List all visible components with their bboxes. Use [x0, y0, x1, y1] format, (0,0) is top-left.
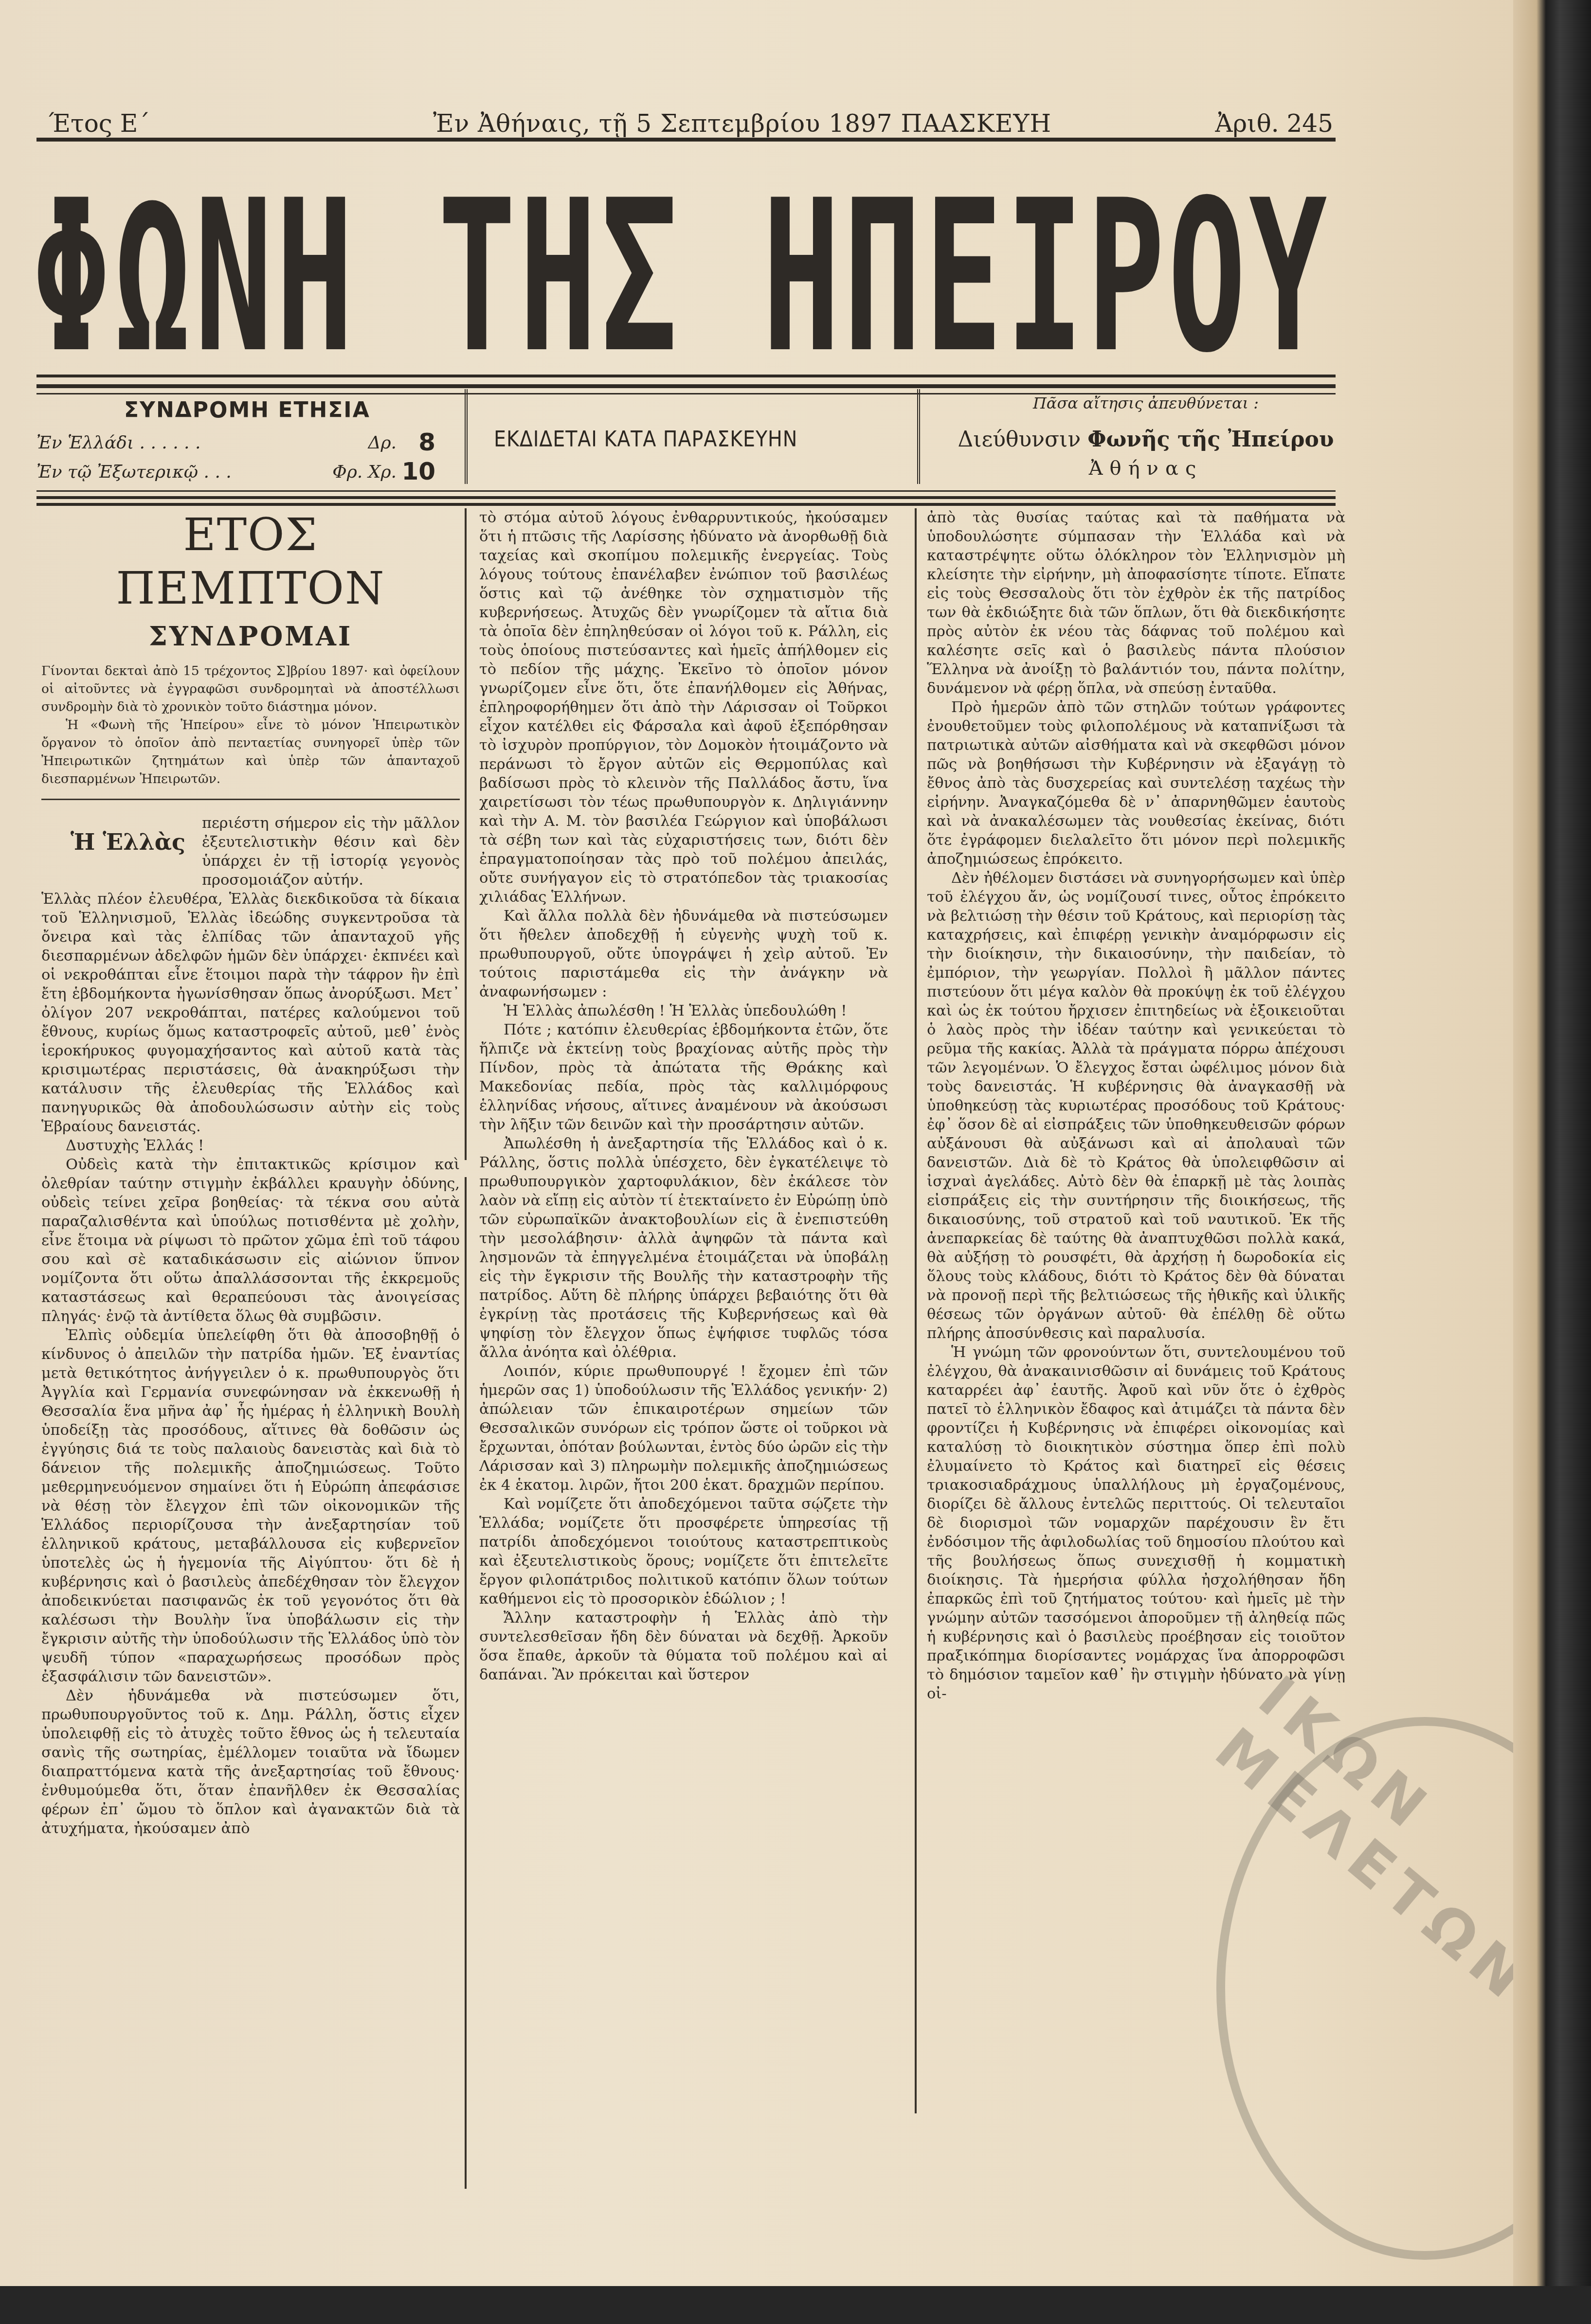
header-info-line: Έτος Ε΄ Ἐν Ἀθήναις, τῇ 5 Σεπτεμβρίου 189… [49, 105, 1333, 139]
article-opening: Ἡ Ἑλλὰς περιέστη σήμερον εἰς τὴν μᾶλλον … [41, 814, 460, 890]
article-paragraph: Λοιπόν, κύριε πρωθυπουργέ ! ἔχομεν ἐπὶ τ… [479, 1362, 888, 1495]
subscription-row-abroad: Ἐν τῷ Ἐξωτερικῷ . . . Φρ. Χρ. 10 [36, 462, 450, 482]
contact-address: Διεύθυνσιν Φωνῆς τῆς Ἠπείρου [956, 427, 1336, 452]
column-3: ἀπὸ τὰς θυσίας ταύτας καὶ τὰ παθήματα νὰ… [927, 508, 1345, 1703]
date-line: Ἐν Ἀθήναις, τῇ 5 Σεπτεμβρίου 1897 ΠΑΑΣΚΕ… [433, 109, 1051, 138]
column-divider [465, 508, 467, 1160]
scan-background-edge [0, 2286, 1591, 2324]
contact-hint: Πᾶσα αἴτησις ἀπευθύνεται : [956, 394, 1336, 412]
newspaper-page: Έτος Ε΄ Ἐν Ἀθήναις, τῇ 5 Σεπτεμβρίου 189… [0, 0, 1513, 2286]
band-rule-top [36, 490, 1336, 492]
band-divider [465, 389, 468, 484]
subscription-label: Ἐν Ἑλλάδι . . . . . . [36, 433, 200, 453]
article-paragraph: Δὲν ἠθέλομεν διστάσει νὰ συνηγορήσωμεν κ… [927, 869, 1345, 1343]
article-paragraph: Καὶ ἄλλα πολλὰ δὲν ἠδυνάμεθα νὰ πιστεύσω… [479, 907, 888, 1001]
subscription-label: Ἐν τῷ Ἐξωτερικῷ . . . [36, 462, 232, 482]
column-2: τὸ στόμα αὐτοῦ λόγους ἐνθαρρυντικούς, ἠκ… [479, 508, 888, 1684]
column-divider [915, 508, 917, 2113]
subscription-band: ΣΥΝΔΡΟΜΗ ΕΤΗΣΙΑ Ἐν Ἑλλάδι . . . . . . Δρ… [36, 384, 1336, 489]
article-paragraph: Καὶ νομίζετε ὅτι ἀποδεχόμενοι ταῦτα σῴζε… [479, 1495, 888, 1609]
subscription-price: 10 [401, 457, 435, 485]
article-paragraph: Ἡ γνώμη τῶν φρονούντων ὅτι, συντελουμένο… [927, 1343, 1345, 1703]
article-paragraph: τὸ στόμα αὐτοῦ λόγους ἐνθαρρυντικούς, ἠκ… [479, 508, 888, 907]
band-rule-bottom [36, 503, 1336, 506]
subscription-box: ΣΥΝΔΡΟΜΗ ΕΤΗΣΙΑ Ἐν Ἑλλάδι . . . . . . Δρ… [36, 384, 452, 489]
column-1: ΕΤΟΣ ΠΕΜΠΤΟΝ ΣΥΝΔΡΟΜΑΙ Γίνονται δεκταὶ ἀ… [41, 508, 460, 1838]
masthead-rule-top [36, 375, 1336, 377]
article-paragraph: Ἐλπὶς οὐδεμία ὑπελείφθη ὅτι θὰ ἀποσοβηθῇ… [41, 1326, 460, 1686]
article-paragraph: Ἀπωλέσθη ἡ ἀνεξαρτησία τῆς Ἑλλάδος καὶ ὁ… [479, 1134, 888, 1362]
contact-box: Πᾶσα αἴτησις ἀπευθύνεται : Διεύθυνσιν Φω… [956, 384, 1336, 489]
article-paragraph: Ἡ Ἑλλὰς ἀπωλέσθη ! Ἡ Ἑλλὰς ὑπεδουλώθη ! [479, 1001, 888, 1020]
year-label: Έτος Ε΄ [49, 109, 150, 138]
article-dropcap: Ἡ Ἑλλὰς [41, 814, 202, 890]
subscription-price: 8 [418, 428, 435, 456]
notice-paragraph: Ἡ «Φωνὴ τῆς Ἠπείρου» εἶνε τὸ μόνον Ἠπειρ… [41, 716, 460, 788]
article-paragraph: Πρὸ ἡμερῶν ἀπὸ τῶν στηλῶν τούτων γράφοντ… [927, 698, 1345, 869]
article-paragraph: Πότε ; κατόπιν ἐλευθερίας ἑβδομήκοντα ἐτ… [479, 1020, 888, 1134]
contact-address-name: Φωνῆς τῆς Ἠπείρου [1087, 427, 1334, 452]
contact-city: Ἀθήνας [956, 457, 1336, 480]
band-rule-middle [36, 496, 1336, 499]
notice-paragraph: Γίνονται δεκταὶ ἀπὸ 15 τρέχοντος Σ]βρίου… [41, 662, 460, 716]
book-binding-edge [1513, 0, 1591, 2324]
article-paragraph: Οὐδεὶς κατὰ τὴν ἐπιτακτικῶς κρίσιμον καὶ… [41, 1155, 460, 1326]
notice-separator [41, 799, 460, 800]
masthead-title: ΦΩΝΗ ΤΗΣ ΗΠΕΙΡΟΥ [380, 151, 983, 404]
subscription-unit: Φρ. Χρ. [332, 462, 397, 482]
band-divider [917, 389, 920, 484]
publication-note: ΕΚΔΙΔΕΤΑΙ ΚΑΤΑ ΠΑΡΑΣΚΕΥΗΝ [494, 427, 797, 452]
article-paragraph: Ἑλλὰς πλέον ἐλευθέρα, Ἑλλὰς διεκδικοῦσα … [41, 890, 460, 1136]
article-paragraph: Δὲν ἠδυνάμεθα νὰ πιστεύσωμεν ὅτι, πρωθυπ… [41, 1686, 460, 1838]
contact-address-prefix: Διεύθυνσιν [958, 427, 1081, 452]
article-paragraph: ἀπὸ τὰς θυσίας ταύτας καὶ τὰ παθήματα νὰ… [927, 508, 1345, 698]
article-lead: περιέστη σήμερον εἰς τὴν μᾶλλον ἐξευτελι… [202, 814, 460, 890]
subscription-title: ΣΥΝΔΡΟΜΗ ΕΤΗΣΙΑ [124, 398, 370, 423]
article-paragraph: Δυστυχὴς Ἑλλάς ! [41, 1136, 460, 1155]
article-paragraph: Ἄλλην καταστροφὴν ἡ Ἑλλὰς ἀπὸ τὴν συντελ… [479, 1609, 888, 1684]
subscription-unit: Δρ. [368, 433, 397, 453]
header-rule [36, 138, 1336, 142]
notice-heading: ΕΤΟΣ ΠΕΜΠΤΟΝ [41, 508, 460, 615]
notice-subheading: ΣΥΝΔΡΟΜΑΙ [41, 619, 460, 653]
subscription-row-domestic: Ἐν Ἑλλάδι . . . . . . Δρ. 8 [36, 433, 450, 453]
column-divider [465, 1177, 467, 2189]
issue-number: Ἀριθ. 245 [1215, 109, 1333, 138]
